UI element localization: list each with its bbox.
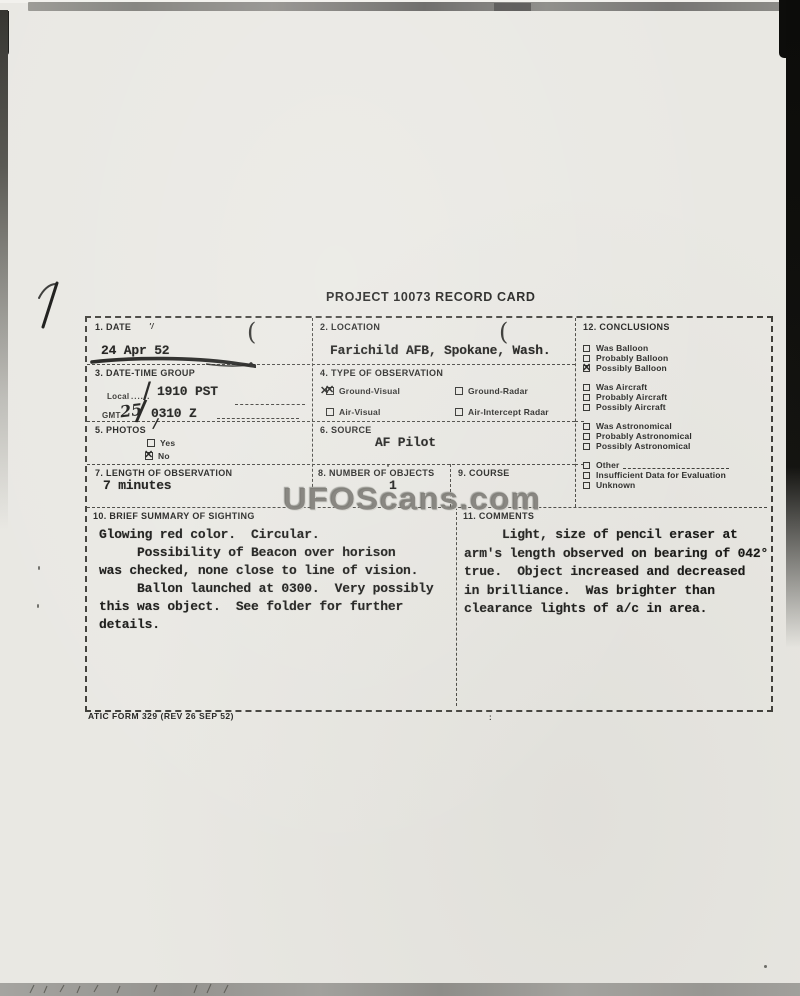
comments-line: arm's length observed on bearing of 042° (464, 545, 774, 564)
type-of-observation-label: 4. TYPE OF OBSERVATION (320, 368, 443, 378)
comments-text: Light, size of pencil eraser at arm's le… (464, 526, 774, 619)
scan-speck (387, 464, 389, 467)
option-label: No (158, 451, 170, 461)
gmt-label: GMT (102, 411, 121, 420)
checkbox-was-balloon (583, 345, 590, 352)
source-label: 6. SOURCE (320, 425, 372, 435)
scan-speck (38, 566, 40, 570)
stray-paren: ( (499, 318, 508, 346)
checkbox-photos-yes (147, 439, 155, 447)
checkbox-air-intercept-radar (455, 408, 463, 416)
length-of-observation-label: 7. LENGTH OF OBSERVATION (95, 468, 232, 478)
comments-line: clearance lights of a/c in area. (464, 600, 774, 619)
number-of-objects-label: 8. NUMBER OF OBJECTS (318, 468, 435, 478)
summary-line: Ballon launched at 0300. Very possibly (99, 580, 451, 598)
scan-top-band-dark-segment (494, 3, 531, 11)
checkbox-was-astronomical (583, 423, 590, 430)
summary-line: Glowing red color. Circular. (99, 526, 451, 544)
conclusion-item: Probably Balloon (583, 353, 765, 363)
conclusion-item: Possibly Astronomical (583, 441, 765, 451)
conclusion-item: Was Balloon (583, 343, 765, 353)
local-time-value: 1910 PST (157, 384, 218, 399)
date-time-group-label: 3. DATE-TIME GROUP (95, 368, 195, 378)
option-air-intercept-radar: Air-Intercept Radar (455, 407, 549, 417)
conclusion-label: Insufficient Data for Evaluation (596, 470, 726, 480)
fill-line (235, 404, 305, 405)
grid-line-row3 (87, 464, 575, 465)
scan-top-band (28, 2, 790, 11)
other-fill-line (623, 461, 729, 469)
handwritten-check-mark (34, 279, 62, 333)
checkbox-possibly-balloon (583, 365, 590, 372)
scanned-document-page: PROJECT 10073 RECORD CARD 1. DATE '/ ( 2… (0, 0, 800, 996)
summary-line: Possibility of Beacon over horison (99, 544, 451, 562)
scan-speck (37, 604, 39, 608)
checkbox-photos-no (145, 452, 153, 460)
conclusion-item: Other (583, 460, 765, 470)
summary-line: was checked, none close to line of visio… (99, 562, 451, 580)
source-value: AF Pilot (375, 435, 436, 450)
checkbox-unknown (583, 482, 590, 489)
option-ground-radar: Ground-Radar (455, 386, 528, 396)
conclusion-label: Was Aircraft (596, 382, 647, 392)
grid-line-col1 (312, 318, 313, 507)
option-label: Yes (160, 438, 175, 448)
option-label: Air-Visual (339, 407, 381, 417)
conclusion-item: Was Aircraft (583, 382, 765, 392)
checkbox-ground-radar (455, 387, 463, 395)
summary-line: details. (99, 616, 451, 634)
local-label: Local (107, 392, 129, 401)
conclusion-item: Possibly Aircraft (583, 402, 765, 412)
conclusion-item: Was Astronomical (583, 421, 765, 431)
conclusion-item: Probably Astronomical (583, 431, 765, 441)
comments-line: Light, size of pencil eraser at (464, 526, 774, 545)
conclusion-item: Insufficient Data for Evaluation (583, 470, 765, 480)
conclusions-label: 12. CONCLUSIONS (583, 322, 670, 332)
option-label: Air-Intercept Radar (468, 407, 549, 417)
photos-label: 5. PHOTOS (95, 425, 146, 435)
grid-line-col-summary-comments (456, 507, 457, 706)
comments-line: true. Object increased and decreased (464, 563, 774, 582)
option-photos-no: No (145, 451, 170, 461)
scan-speck (764, 965, 767, 968)
checkbox-probably-aircraft (583, 394, 590, 401)
checkbox-was-aircraft (583, 384, 590, 391)
checkbox-insufficient-data (583, 472, 590, 479)
fill-line (217, 418, 299, 419)
option-ground-visual: Ground-Visual (326, 386, 400, 396)
checkbox-ground-visual (326, 387, 334, 395)
brief-summary-label: 10. BRIEF SUMMARY OF SIGHTING (93, 511, 255, 521)
handwritten-slash: / (134, 394, 148, 428)
stray-paren: ( (247, 318, 256, 346)
location-value: Farichild AFB, Spokane, Wash. (330, 343, 550, 358)
length-of-observation-value: 7 minutes (103, 478, 171, 493)
watermark: UFOScans.com (283, 481, 541, 517)
conclusion-label: Possibly Balloon (596, 363, 667, 373)
conclusion-label: Other (596, 460, 619, 470)
checkbox-air-visual (326, 408, 334, 416)
option-label: Ground-Visual (339, 386, 400, 396)
handwritten-underline (88, 354, 256, 368)
conclusion-label: Probably Aircraft (596, 392, 667, 402)
location-label: 2. LOCATION (320, 322, 380, 332)
conclusion-item: Probably Aircraft (583, 392, 765, 402)
grid-line-row2 (87, 421, 575, 422)
conclusion-label: Possibly Astronomical (596, 441, 690, 451)
conclusion-label: Was Astronomical (596, 421, 672, 431)
conclusion-label: Probably Balloon (596, 353, 668, 363)
checkbox-possibly-aircraft (583, 404, 590, 411)
stray-colon: : (489, 713, 492, 722)
checkbox-possibly-astronomical (583, 443, 590, 450)
conclusion-label: Was Balloon (596, 343, 648, 353)
summary-line: this was object. See folder for further (99, 598, 451, 616)
conclusion-label: Probably Astronomical (596, 431, 692, 441)
course-label: 9. COURSE (458, 468, 510, 478)
page-title: PROJECT 10073 RECORD CARD (326, 290, 536, 304)
option-photos-yes: Yes (147, 438, 175, 448)
comments-line: in brilliance. Was brighter than (464, 582, 774, 601)
conclusions-list: Was Balloon Probably Balloon Possibly Ba… (583, 343, 765, 490)
option-air-visual: Air-Visual (326, 407, 381, 417)
option-label: Ground-Radar (468, 386, 528, 396)
stray-slash: / (152, 416, 160, 433)
scan-right-edge-black (786, 0, 800, 648)
stray-mark: '/ (149, 322, 154, 331)
form-id: ATIC FORM 329 (REV 26 SEP 52) (88, 711, 234, 721)
scan-left-edge-shadow (0, 10, 8, 530)
scan-bottom-marks (22, 983, 262, 996)
conclusion-label: Possibly Aircraft (596, 402, 666, 412)
conclusions-section: 12. CONCLUSIONS Was Balloon Probably Bal… (575, 318, 767, 507)
checkbox-probably-astronomical (583, 433, 590, 440)
conclusion-item: Unknown (583, 480, 765, 490)
date-label: 1. DATE (95, 322, 131, 332)
conclusion-item: Possibly Balloon (583, 363, 765, 373)
conclusion-label: Unknown (596, 480, 635, 490)
brief-summary-text: Glowing red color. Circular. Possibility… (99, 526, 451, 634)
checkbox-other (583, 462, 590, 469)
